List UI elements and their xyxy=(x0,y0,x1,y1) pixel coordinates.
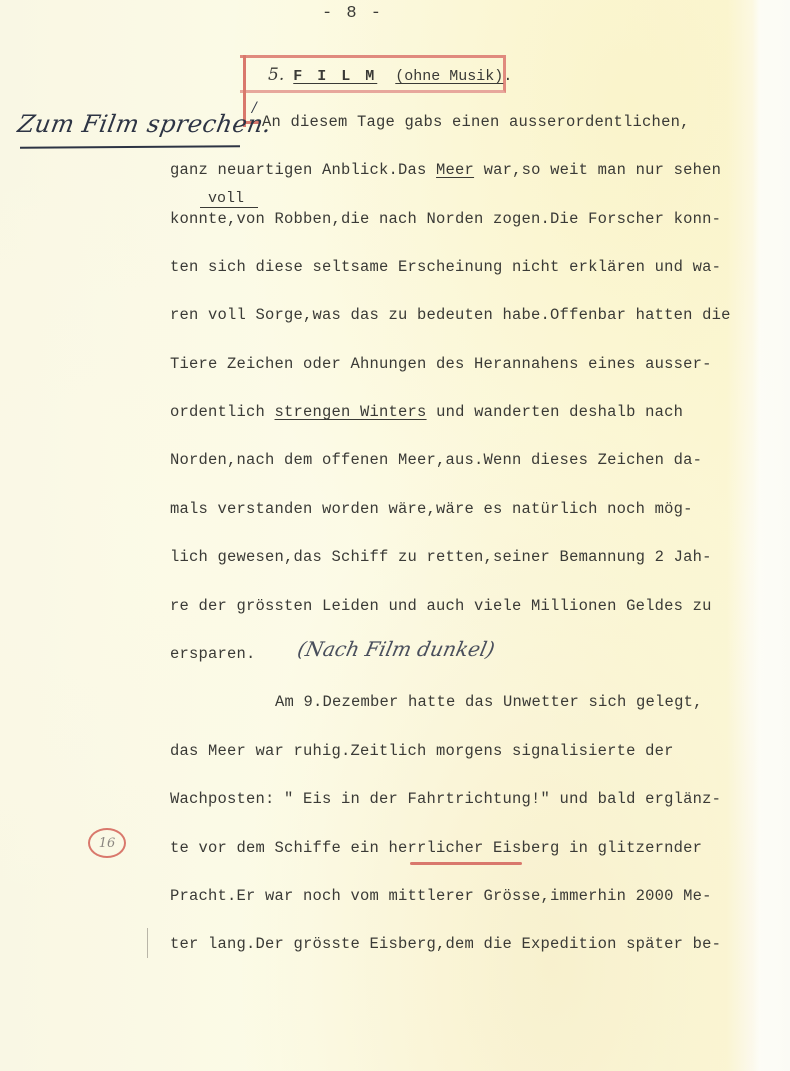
interlinear-insert: voll xyxy=(208,190,244,207)
document-page: - 8 - 5. F I L M (ohne Musik). Zum Film … xyxy=(0,0,790,1071)
text-line: Pracht.Er war noch vom mittlerer Grösse,… xyxy=(170,887,712,905)
text-line: re der grössten Leiden und auch viele Mi… xyxy=(170,597,712,615)
page-edge xyxy=(752,0,790,1071)
text-segment: und wanderten deshalb nach xyxy=(427,403,684,421)
text-segment: ganz neuartigen Anblick.Das xyxy=(170,161,436,179)
section-heading: 5. F I L M (ohne Musik). xyxy=(268,65,512,85)
red-pencil-underline-herrlicher-eisberg xyxy=(410,862,522,865)
text-segment: ordentlich xyxy=(170,403,275,421)
text-line: ren voll Sorge,was das zu bedeuten habe.… xyxy=(170,306,731,324)
page-number: - 8 - xyxy=(322,4,383,23)
text-line: te vor dem Schiffe ein herrlicher Eisber… xyxy=(170,839,702,857)
section-title: F I L M xyxy=(293,68,377,85)
section-subtitle: (ohne Musik) xyxy=(395,68,503,85)
section-number: 5. xyxy=(268,65,284,85)
text-segment: war,so weit man nur sehen xyxy=(474,161,721,179)
underlined-word-meer: Meer xyxy=(436,161,474,179)
margin-note-film-dunkel: (Nach Film dunkel) xyxy=(295,637,496,661)
margin-note-film-sprechen: Zum Film sprechen. xyxy=(16,110,274,138)
text-line: ersparen. xyxy=(170,645,256,663)
circled-page-marker: 16 xyxy=(88,828,126,858)
text-line: lich gewesen,das Schiff zu retten,seiner… xyxy=(170,548,712,566)
insert-caret-line xyxy=(200,207,258,208)
margin-note-underline xyxy=(20,145,240,149)
text-line: Tiere Zeichen oder Ahnungen des Herannah… xyxy=(170,355,712,373)
text-line: das Meer war ruhig.Zeitlich morgens sign… xyxy=(170,742,674,760)
text-line: Am 9.Dezember hatte das Unwetter sich ge… xyxy=(275,693,703,711)
margin-pencil-stroke xyxy=(147,928,148,958)
text-line: Norden,nach dem offenen Meer,aus.Wenn di… xyxy=(170,451,702,469)
underlined-phrase-strengen-winters: strengen Winters xyxy=(275,403,427,421)
text-line: mals verstanden worden wäre,wäre es natü… xyxy=(170,500,693,518)
insert-mark: / xyxy=(252,100,257,116)
text-line: ganz neuartigen Anblick.Das Meer war,so … xyxy=(170,161,721,179)
section-heading-end: . xyxy=(503,68,512,85)
text-line: ordentlich strengen Winters und wanderte… xyxy=(170,403,683,421)
text-line: An diesem Tage gabs einen ausserordentli… xyxy=(262,113,690,131)
text-line: ter lang.Der grösste Eisberg,dem die Exp… xyxy=(170,935,721,953)
text-line: Wachposten: " Eis in der Fahrtrichtung!"… xyxy=(170,790,721,808)
text-line: konnte,von Robben,die nach Norden zogen.… xyxy=(170,210,721,228)
text-line: ten sich diese seltsame Erscheinung nich… xyxy=(170,258,721,276)
